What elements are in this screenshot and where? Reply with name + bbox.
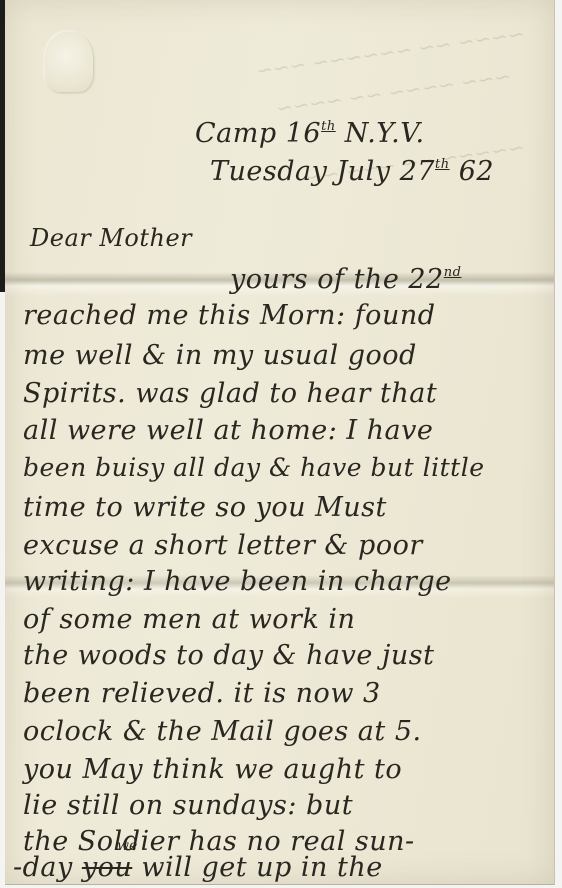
embossed-stationery-seal-icon bbox=[45, 32, 93, 92]
letter-line: writing: I have been in charge bbox=[23, 566, 452, 597]
letter-line: time to write so you Must bbox=[23, 492, 387, 523]
letter-salutation: Dear Mother bbox=[30, 224, 192, 252]
letter-line: me well & in my usual good bbox=[23, 340, 417, 371]
letter-line: yours of the 22nd bbox=[230, 264, 461, 295]
letter-line: oclock & the Mail goes at 5. bbox=[23, 716, 422, 747]
struck-word: you bbox=[82, 852, 132, 883]
letter-line: the woods to day & have just bbox=[23, 640, 434, 671]
letter-line: been relieved. it is now 3 bbox=[23, 678, 381, 709]
letter-line: -day you will get up in the bbox=[13, 852, 383, 883]
letter-page: ~~~~ ~~ ~~~~~~ ~~~ ~~~ ~~~~ ~~ ~~~~ ~~~~… bbox=[5, 0, 555, 885]
letter-line: Spirits. was glad to hear that bbox=[23, 378, 437, 409]
letter-line: all were well at home: I have bbox=[23, 415, 433, 446]
letter-line: excuse a short letter & poor bbox=[23, 530, 423, 561]
letter-line: you May think we aught to bbox=[23, 754, 402, 785]
letter-line: of some men at work in bbox=[23, 604, 355, 635]
letter-heading-place: Camp 16th N.Y.V. bbox=[195, 118, 425, 149]
letter-line: reached me this Morn: found bbox=[23, 300, 436, 331]
letter-line: been buisy all day & have but little bbox=[23, 453, 485, 482]
letter-heading-date: Tuesday July 27th 62 bbox=[210, 156, 494, 187]
letter-line: lie still on sundays: but bbox=[23, 790, 353, 821]
